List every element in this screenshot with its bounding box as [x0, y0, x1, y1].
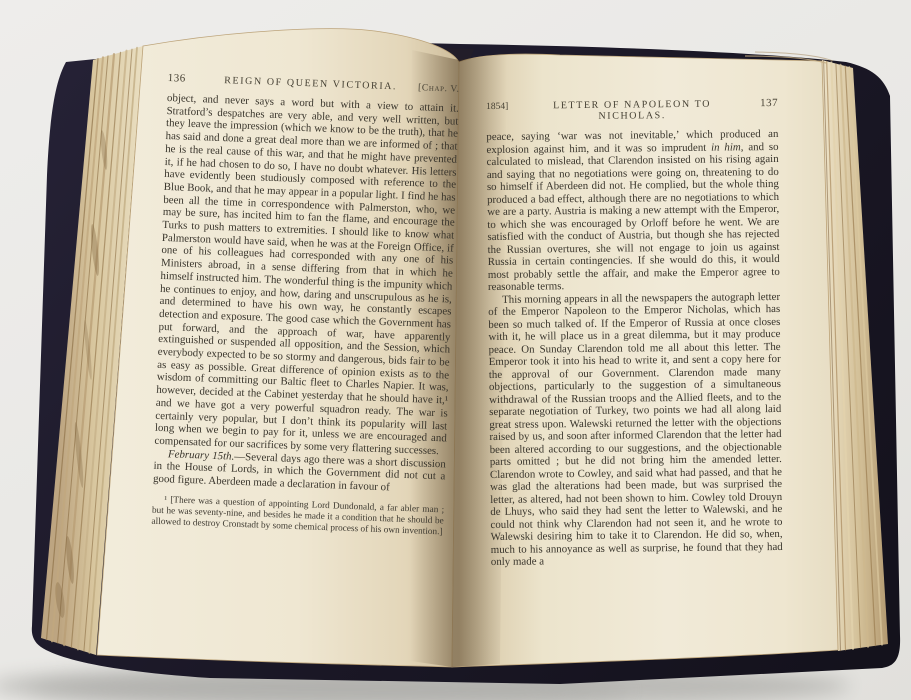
right-paragraph-1-italic: in him — [711, 141, 741, 153]
open-book-photo: 136 REIGN OF QUEEN VICTORIA. [Chap. V. o… — [0, 0, 911, 700]
year-marker: 1854] — [486, 101, 542, 112]
left-paragraph-1-text: object, and never says a word but with a… — [154, 92, 459, 457]
right-running-header: LETTER OF NAPOLEON TO NICHOLAS. — [542, 99, 722, 123]
left-page-text: 136 REIGN OF QUEEN VICTORIA. [Chap. V. o… — [151, 72, 460, 539]
left-page-number: 136 — [168, 72, 224, 86]
right-paragraph-2: This morning appears in all the newspape… — [488, 290, 783, 568]
left-paragraph-continuation: object, and never says a word but with a… — [154, 92, 459, 458]
right-page-text: 1854] LETTER OF NAPOLEON TO NICHOLAS. 13… — [486, 97, 783, 569]
right-page-number: 137 — [722, 97, 778, 110]
right-running-head-row: 1854] LETTER OF NAPOLEON TO NICHOLAS. 13… — [486, 97, 778, 123]
left-page-body: object, and never says a word but with a… — [153, 92, 459, 496]
right-paragraph-1-part-b: , and so calculated to mislead, that Cla… — [487, 140, 780, 293]
right-paragraph-continuation: peace, saying ‘war was not inevitable,’ … — [486, 128, 780, 294]
right-page-body: peace, saying ‘war was not inevitable,’ … — [486, 128, 783, 569]
chapter-marker: [Chap. V. — [397, 82, 459, 94]
